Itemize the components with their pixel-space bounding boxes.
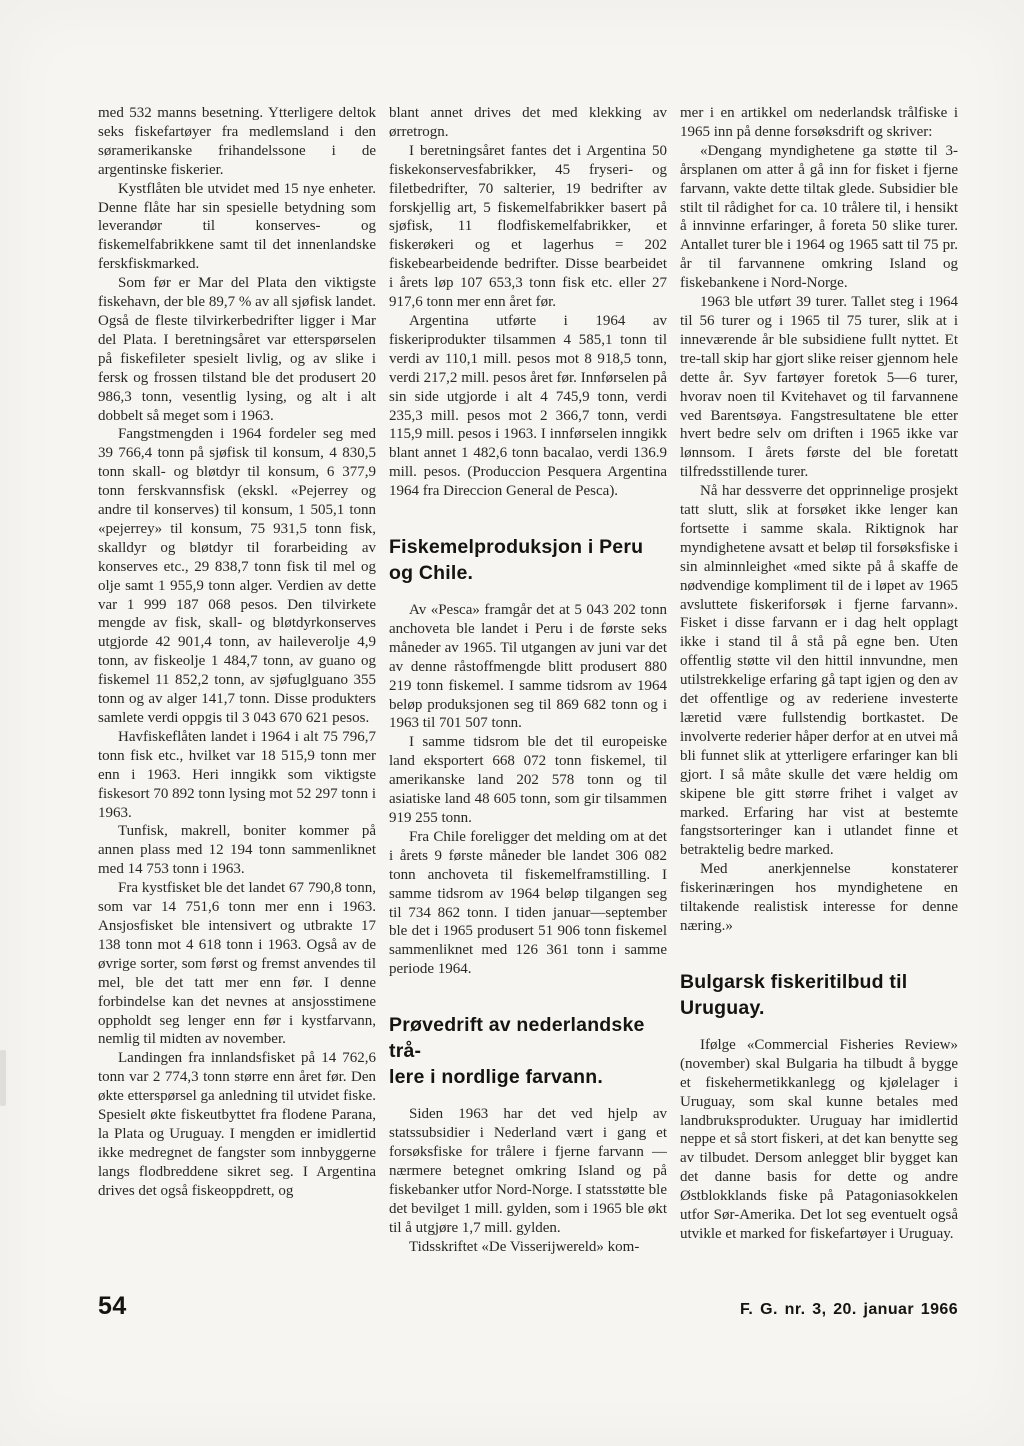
paragraph: Med anerkjennelse konstaterer fiskerinær…: [680, 860, 958, 936]
paragraph: Fra Chile foreligger det melding om at d…: [389, 828, 667, 979]
section-heading: Bulgarsk fiskeritilbud til Uruguay.: [680, 969, 958, 1021]
column-3: mer i en artikkel om nederlandsk trålfis…: [680, 104, 958, 1300]
paragraph: Som før er Mar del Plata den viktigste f…: [98, 274, 376, 425]
paragraph: blant annet drives det med klekking av ø…: [389, 104, 667, 142]
paragraph: Av «Pesca» framgår det at 5 043 202 tonn…: [389, 601, 667, 733]
paragraph: med 532 manns besetning. Ytterligere del…: [98, 104, 376, 180]
paragraph: Tunfisk, makrell, boniter kommer på anne…: [98, 822, 376, 879]
issue-line: F. G. nr. 3, 20. januar 1966: [740, 1301, 958, 1319]
page-number: 54: [98, 1292, 127, 1321]
scan-artifact: [0, 1050, 6, 1106]
section-heading: Fiskemelproduksjon i Peru og Chile.: [389, 534, 667, 586]
paragraph: «Dengang myndighetene ga støtte til 3-år…: [680, 142, 958, 293]
paragraph: mer i en artikkel om nederlandsk trålfis…: [680, 104, 958, 142]
paragraph: Landingen fra innlandsfisket på 14 762,6…: [98, 1049, 376, 1200]
paragraph: 1963 ble utført 39 turer. Tallet steg i …: [680, 293, 958, 482]
section-heading: Prøvedrift av nederlandske trå- lere i n…: [389, 1012, 667, 1090]
magazine-page: med 532 manns besetning. Ytterligere del…: [0, 0, 1024, 1446]
paragraph: Fangstmengden i 1964 fordeler seg med 39…: [98, 425, 376, 728]
article-columns: med 532 manns besetning. Ytterligere del…: [98, 104, 958, 1300]
column-1: med 532 manns besetning. Ytterligere del…: [98, 104, 376, 1300]
paragraph: I beretningsåret fantes det i Argentina …: [389, 142, 667, 312]
paragraph: Kystflåten ble utvidet med 15 nye enhete…: [98, 180, 376, 275]
page-footer: 54 F. G. nr. 3, 20. januar 1966: [98, 1292, 958, 1321]
column-2: blant annet drives det med klekking av ø…: [389, 104, 667, 1300]
paragraph: Siden 1963 har det ved hjelp av statssub…: [389, 1105, 667, 1237]
paragraph: Argentina utførte i 1964 av fiskeriprodu…: [389, 312, 667, 501]
paragraph: Tidsskriftet «De Visserijwereld» kom-: [389, 1238, 667, 1257]
paragraph: Havfiskeflåten landet i 1964 i alt 75 79…: [98, 728, 376, 823]
paragraph: Fra kystfisket ble det landet 67 790,8 t…: [98, 879, 376, 1049]
paragraph: Nå har dessverre det opprinnelige prosje…: [680, 482, 958, 860]
paragraph: I samme tidsrom ble det til europeiske l…: [389, 733, 667, 828]
paragraph: Ifølge «Commercial Fisheries Review» (no…: [680, 1036, 958, 1244]
